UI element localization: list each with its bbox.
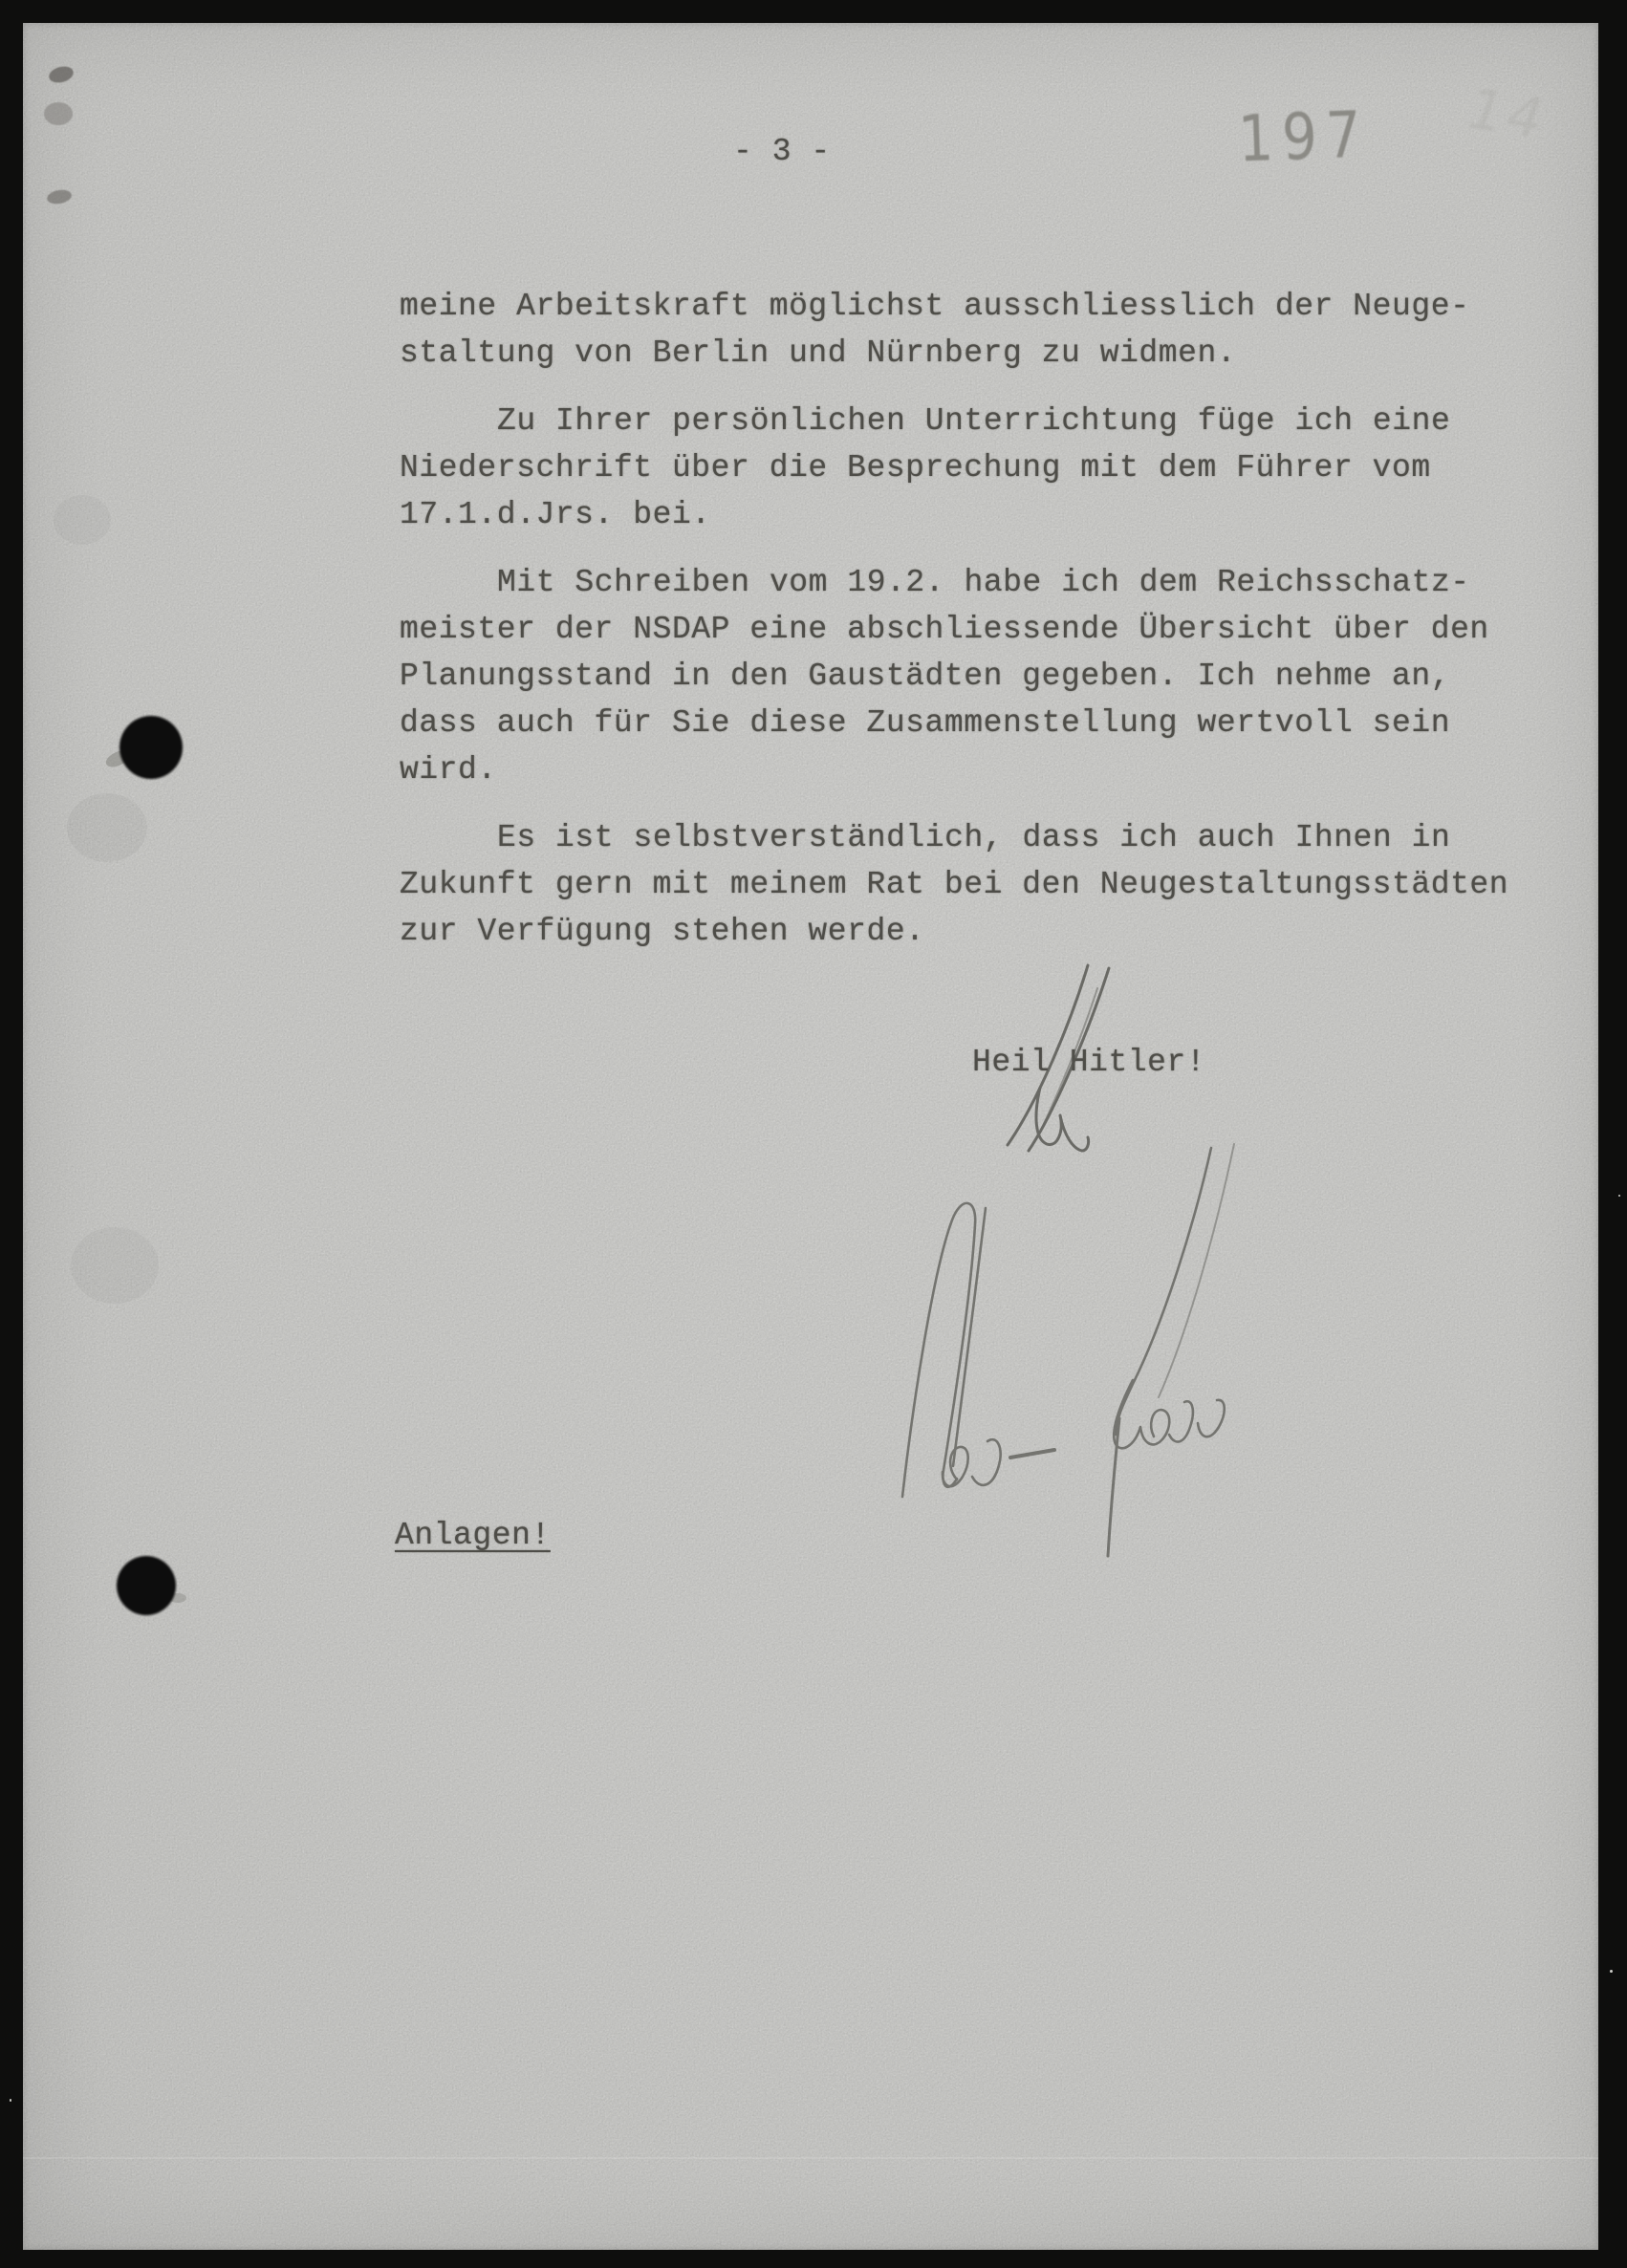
closing-salutation: Heil Hitler! [972, 1047, 1205, 1078]
paragraph: Zu Ihrer persönlichen Unterrichtung füge… [400, 398, 1537, 538]
paragraph: Es ist selbstverständlich, dass ich auch… [400, 814, 1537, 955]
edge-smudges [44, 64, 76, 205]
punch-hole-top [103, 716, 183, 779]
folio-stamp: 197 [1237, 102, 1371, 170]
dust-speck [1610, 1970, 1613, 1973]
corner-annotation: 14 [1460, 81, 1555, 146]
page-number: - 3 - [733, 136, 831, 167]
paragraph: meine Arbeitskraft möglichst ausschliess… [400, 283, 1537, 377]
dust-speck [1618, 1195, 1620, 1197]
handwritten-signature [902, 1144, 1234, 1556]
paragraph: Mit Schreiben vom 19.2. habe ich dem Rei… [400, 559, 1537, 793]
dust-speck [10, 2099, 11, 2102]
punch-hole-bottom [117, 1556, 186, 1615]
enclosures-note: Anlagen! [395, 1520, 551, 1551]
letter-body: meine Arbeitskraft möglichst ausschliess… [400, 283, 1537, 976]
document-page: - 3 - 197 14 meine Arbeitskraft möglichs… [23, 23, 1598, 2250]
scan-background: - 3 - 197 14 meine Arbeitskraft möglichs… [0, 0, 1627, 2268]
